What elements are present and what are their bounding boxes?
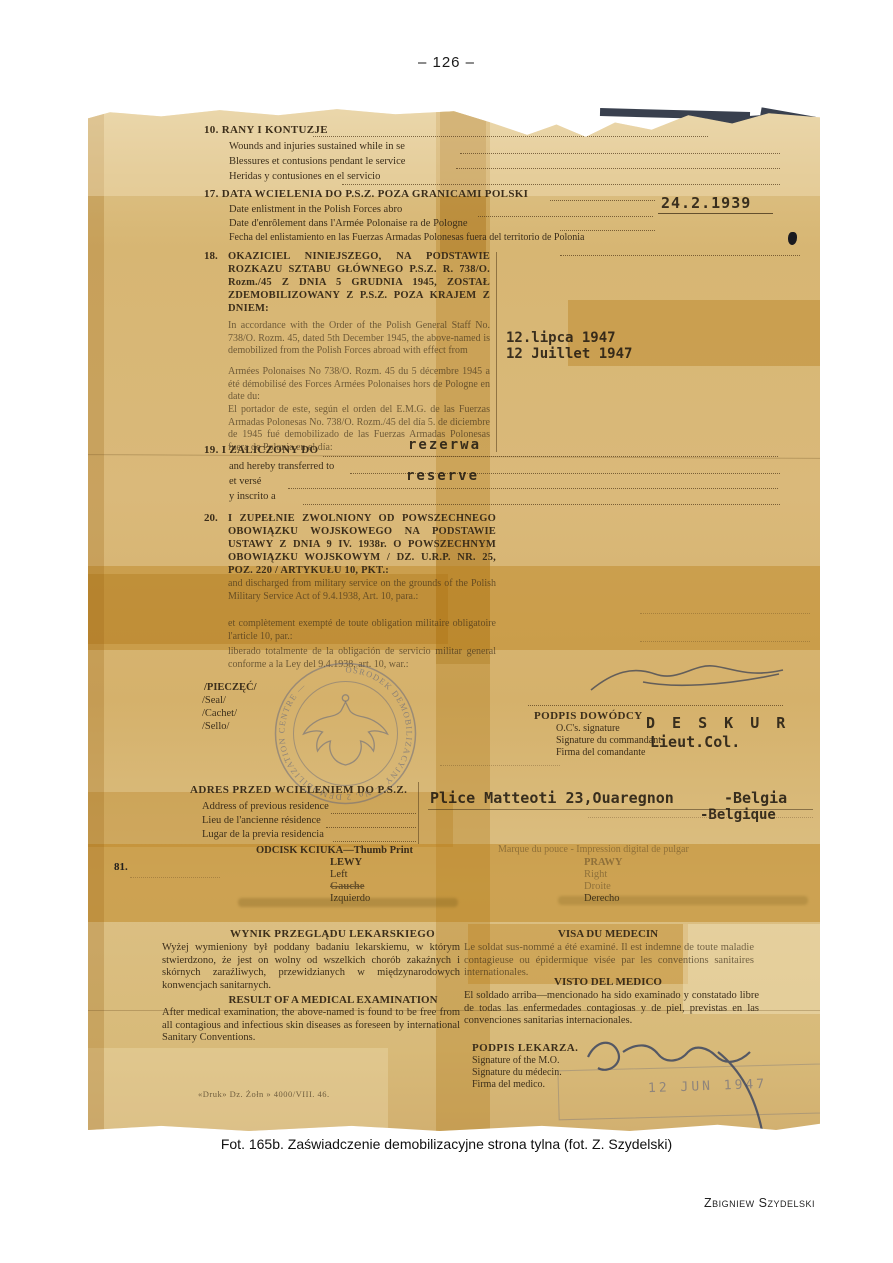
document-photo: 10. RANY I KONTUZJE Wounds and injuries …: [88, 104, 820, 1132]
section-17-title: 17. DATA WCIELENIA DO P.S.Z. POZA GRANIC…: [204, 188, 528, 201]
commander-en: O.C's. signature: [556, 723, 620, 736]
seal-label-fr: /Cachet/: [202, 708, 237, 721]
address-fr: Lieu de l'ancienne résidence: [202, 815, 321, 828]
section-19-title: 19. I ZALICZONY DO: [204, 444, 318, 457]
fill-line: [331, 812, 416, 814]
fill-line: [550, 199, 655, 201]
signature-line: [528, 704, 783, 706]
doctor-title: PODPIS LEKARZA.: [472, 1042, 578, 1055]
typed-demob-date-fr: 12 Juillet 1947: [506, 346, 632, 362]
doctor-signature: [568, 1022, 818, 1222]
fill-line: [456, 167, 780, 169]
fill-line: [288, 487, 778, 489]
section-19-en: and hereby transferred to: [229, 461, 334, 474]
section-17-es: Fecha del enlistamiento en las Fuerzas A…: [229, 232, 584, 245]
typed-address: Plice Matteoti 23,Ouaregnon: [430, 789, 674, 807]
thumb-left-pl: LEWY: [330, 857, 362, 870]
svg-text:OŚRODEK DEMOBILIZACYJNY — No.: OŚRODEK DEMOBILIZACYJNY — No. 2 DEMOBILI…: [276, 664, 414, 802]
left-edge-shade: [88, 104, 104, 1132]
margin-mark: 81.: [114, 861, 128, 874]
section-20-en: and discharged from military service on …: [228, 578, 496, 603]
section-17-en: Date enlistment in the Polish Forces abr…: [229, 204, 402, 217]
typed-commander-rank: Lieut.Col.: [650, 733, 740, 751]
fill-line: [588, 816, 813, 818]
thumb-right-en: Right: [584, 869, 607, 882]
doctor-en: Signature of the M.O.: [472, 1055, 560, 1068]
fill-line: [326, 826, 416, 828]
commander-title: PODPIS DOWÓDCY: [534, 710, 643, 723]
section-18-fr: Armées Polonaises No 738/O. Rozm. 45 du …: [228, 366, 490, 404]
section-10-en: Wounds and injuries sustained while in s…: [229, 141, 405, 154]
typed-country-fr: -Belgique: [700, 807, 776, 823]
thumbprint-title: ODCISK KCIUKA—Thumb Print: [256, 845, 413, 858]
tape-band-thumb: [88, 844, 820, 922]
typed-demob-date-pl: 12.lipca 1947: [506, 330, 616, 346]
thumb-right-pl: PRAWY: [584, 857, 623, 870]
fill-line: [323, 455, 778, 457]
fill-line: [130, 876, 220, 878]
author-credit: Zbigniew Szydelski: [704, 1196, 815, 1210]
section-20-fr: et complètement exempté de toute obligat…: [228, 618, 496, 643]
column-rule: [418, 782, 419, 844]
section-10-fr: Blessures et contusions pendant le servi…: [229, 156, 405, 169]
fill-line: [333, 840, 416, 842]
thumb-left-es: Izquierdo: [330, 893, 370, 906]
seal-ring-text: OŚRODEK DEMOBILIZACYJNY — No. 2 DEMOBILI…: [276, 664, 414, 802]
thumb-left-fr: Gauche: [330, 881, 364, 894]
address-en: Address of previous residence: [202, 801, 329, 814]
section-20-pl: I ZUPEŁNIE ZWOLNIONY OD POWSZECHNEGO OBO…: [228, 512, 496, 577]
print-note: «Druk» Dz. Żołn » 4000/VIII. 46.: [198, 1088, 330, 1101]
thumbprint-title-fr-es: Marque du pouce - Impression digital de …: [498, 844, 689, 857]
fill-line: [560, 229, 655, 231]
column-rule: [496, 252, 497, 452]
medical-en-body: After medical examination, the above-nam…: [162, 1007, 460, 1045]
thumb-right-es: Derecho: [584, 893, 620, 906]
fill-line: [303, 503, 780, 505]
fill-line: [460, 152, 780, 154]
section-18-pl: OKAZICIEL NINIEJSZEGO, NA PODSTAWIE ROZK…: [228, 250, 490, 315]
section-19-es: y inscrito a: [229, 491, 276, 504]
section-17-fr: Date d'enrôlement dans l'Armée Polonaise…: [229, 218, 468, 231]
commander-es: Firma del comandante: [556, 747, 645, 760]
typed-reserve-pl: rezerwa: [408, 437, 481, 453]
ink-blot: [788, 232, 797, 245]
fill-line: [440, 764, 560, 766]
doctor-fr: Signature du médecin.: [472, 1067, 562, 1080]
fill-line: [478, 215, 653, 217]
commander-fr: Signature du commandant: [556, 735, 661, 748]
commander-signature: [583, 652, 793, 707]
section-19-fr: et versé: [229, 476, 261, 489]
section-18-number: 18.: [204, 250, 218, 263]
page-number: – 126 –: [0, 54, 893, 71]
medical-pl-title: WYNIK PRZEGLĄDU LEKARSKIEGO: [200, 928, 465, 941]
thumb-left-en: Left: [330, 869, 348, 882]
typed-country: -Belgia: [724, 789, 787, 807]
doctor-es: Firma del medico.: [472, 1079, 545, 1092]
medical-en-title: RESULT OF A MEDICAL EXAMINATION: [188, 994, 478, 1007]
fill-line: [313, 135, 708, 137]
seal-label-en: /Seal/: [202, 695, 226, 708]
thumb-right-fr: Droite: [584, 881, 611, 894]
underline: [658, 212, 773, 214]
section-10-title: 10. RANY I KONTUZJE: [204, 124, 328, 137]
typed-enlistment-date: 24.2.1939: [661, 194, 751, 212]
section-10-es: Heridas y contusiones en el servicio: [229, 171, 380, 184]
medical-es-title: VISTO DEL MEDICO: [508, 976, 708, 989]
fill-line: [640, 612, 810, 614]
seal-label-es: /Sello/: [202, 721, 229, 734]
medical-fr-title: VISA DU MEDECIN: [508, 928, 708, 941]
photo-caption: Fot. 165b. Zaświadczenie demobilizacyjne…: [0, 1136, 893, 1152]
eagle-emblem-icon: [304, 695, 388, 765]
section-20-number: 20.: [204, 512, 218, 525]
fill-line: [640, 640, 810, 642]
medical-pl-body: Wyżej wymieniony był poddany badaniu lek…: [162, 942, 460, 992]
section-18-en: In accordance with the Order of the Poli…: [228, 320, 490, 358]
typed-reserve-fr: reserve: [406, 468, 479, 484]
seal-label-pl: /PIECZĘĆ/: [204, 682, 257, 695]
fill-line: [342, 183, 780, 185]
medical-fr-body: Le soldat sus-nommé a été examiné. Il es…: [464, 942, 754, 980]
typed-commander-name: D E S K U R: [646, 714, 789, 732]
address-title: ADRES PRZED WCIELENIEM DO P.S.Z.: [190, 784, 407, 797]
fill-line: [560, 254, 800, 256]
address-es: Lugar de la previa residencia: [202, 829, 324, 842]
